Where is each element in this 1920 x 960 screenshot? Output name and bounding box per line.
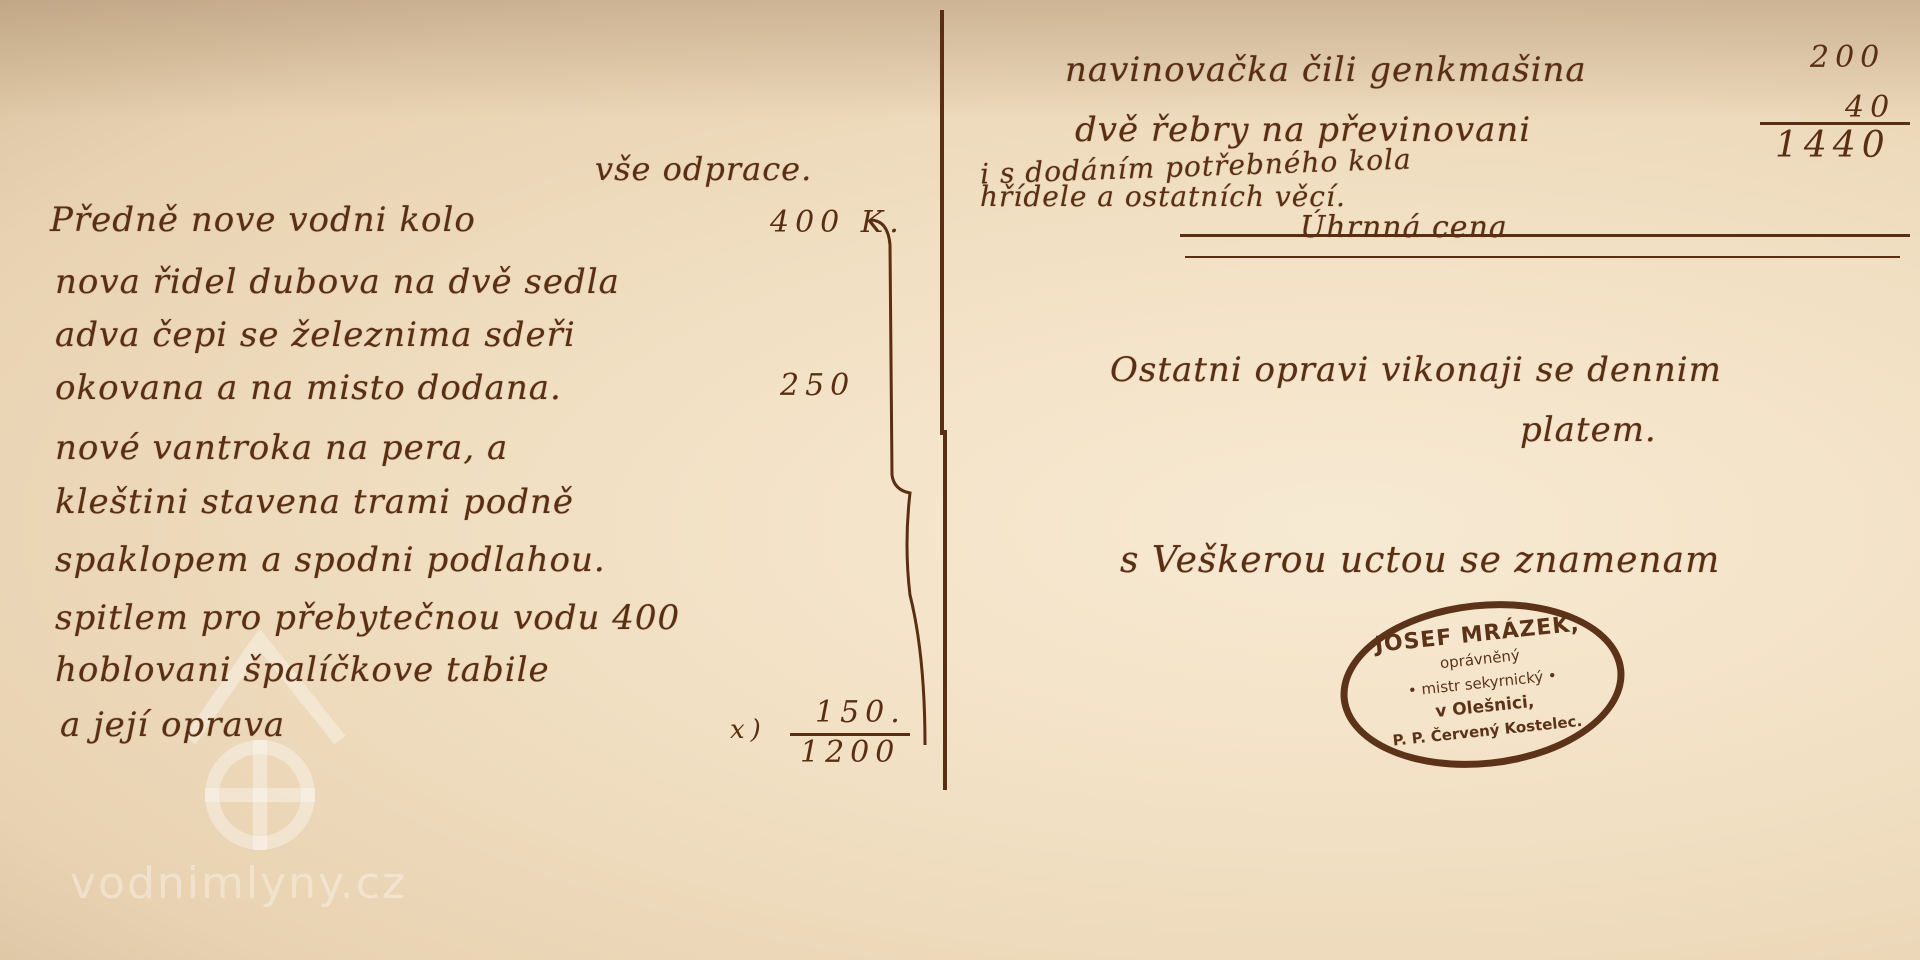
- line-1: Předně nove vodni kolo: [50, 200, 476, 240]
- stamp: JOSEF MRÁZEK, oprávněný • mistr sekyrnic…: [1332, 588, 1633, 782]
- line-5: nové vantroka na pera, a: [55, 428, 508, 468]
- note-line-2: platem.: [1520, 410, 1657, 450]
- photo-shadow: [0, 0, 1920, 120]
- bracket: [870, 215, 930, 755]
- line-8: spitlem pro přebytečnou vodu 400: [55, 598, 680, 638]
- total-underline-2: [1185, 256, 1900, 258]
- right-line-1: navinovačka čili genkmašina: [1065, 50, 1587, 90]
- amount-250: 250: [780, 368, 855, 403]
- line-6: kleštini stavena trami podně: [55, 482, 574, 522]
- heading: vše odprace.: [595, 150, 812, 188]
- amount-40: 40: [1845, 90, 1895, 125]
- line-9: hoblovani špalíčkove tabile: [55, 650, 550, 690]
- closing: s Veškerou uctou se znamenam: [1120, 540, 1720, 581]
- total-price-label: Úhrnná cena: [1300, 210, 1508, 245]
- line-7: spaklopem a spodni podlahou.: [55, 540, 606, 580]
- line-10: a její oprava: [60, 705, 285, 745]
- line-3: adva čepi se železnima sdeři: [55, 315, 576, 355]
- divider-line-lower: [943, 430, 947, 790]
- note-line-1: Ostatni opravi vikonaji se dennim: [1110, 350, 1722, 390]
- amount-200: 200: [1810, 40, 1885, 75]
- right-line-4: hřídele a ostatních věcí.: [980, 180, 1346, 213]
- right-line-2: dvě řebry na převinovani: [1075, 110, 1531, 150]
- line-2: nova řidel dubova na dvě sedla: [55, 262, 620, 302]
- subtotal-mark: x): [730, 715, 767, 745]
- total-underline-1: [1180, 234, 1910, 237]
- watermark-text: vodnimlyny.cz: [70, 858, 407, 909]
- divider-line: [940, 10, 944, 435]
- line-4: okovana a na misto dodana.: [55, 368, 562, 408]
- amount-total-1440: 1440: [1775, 125, 1891, 166]
